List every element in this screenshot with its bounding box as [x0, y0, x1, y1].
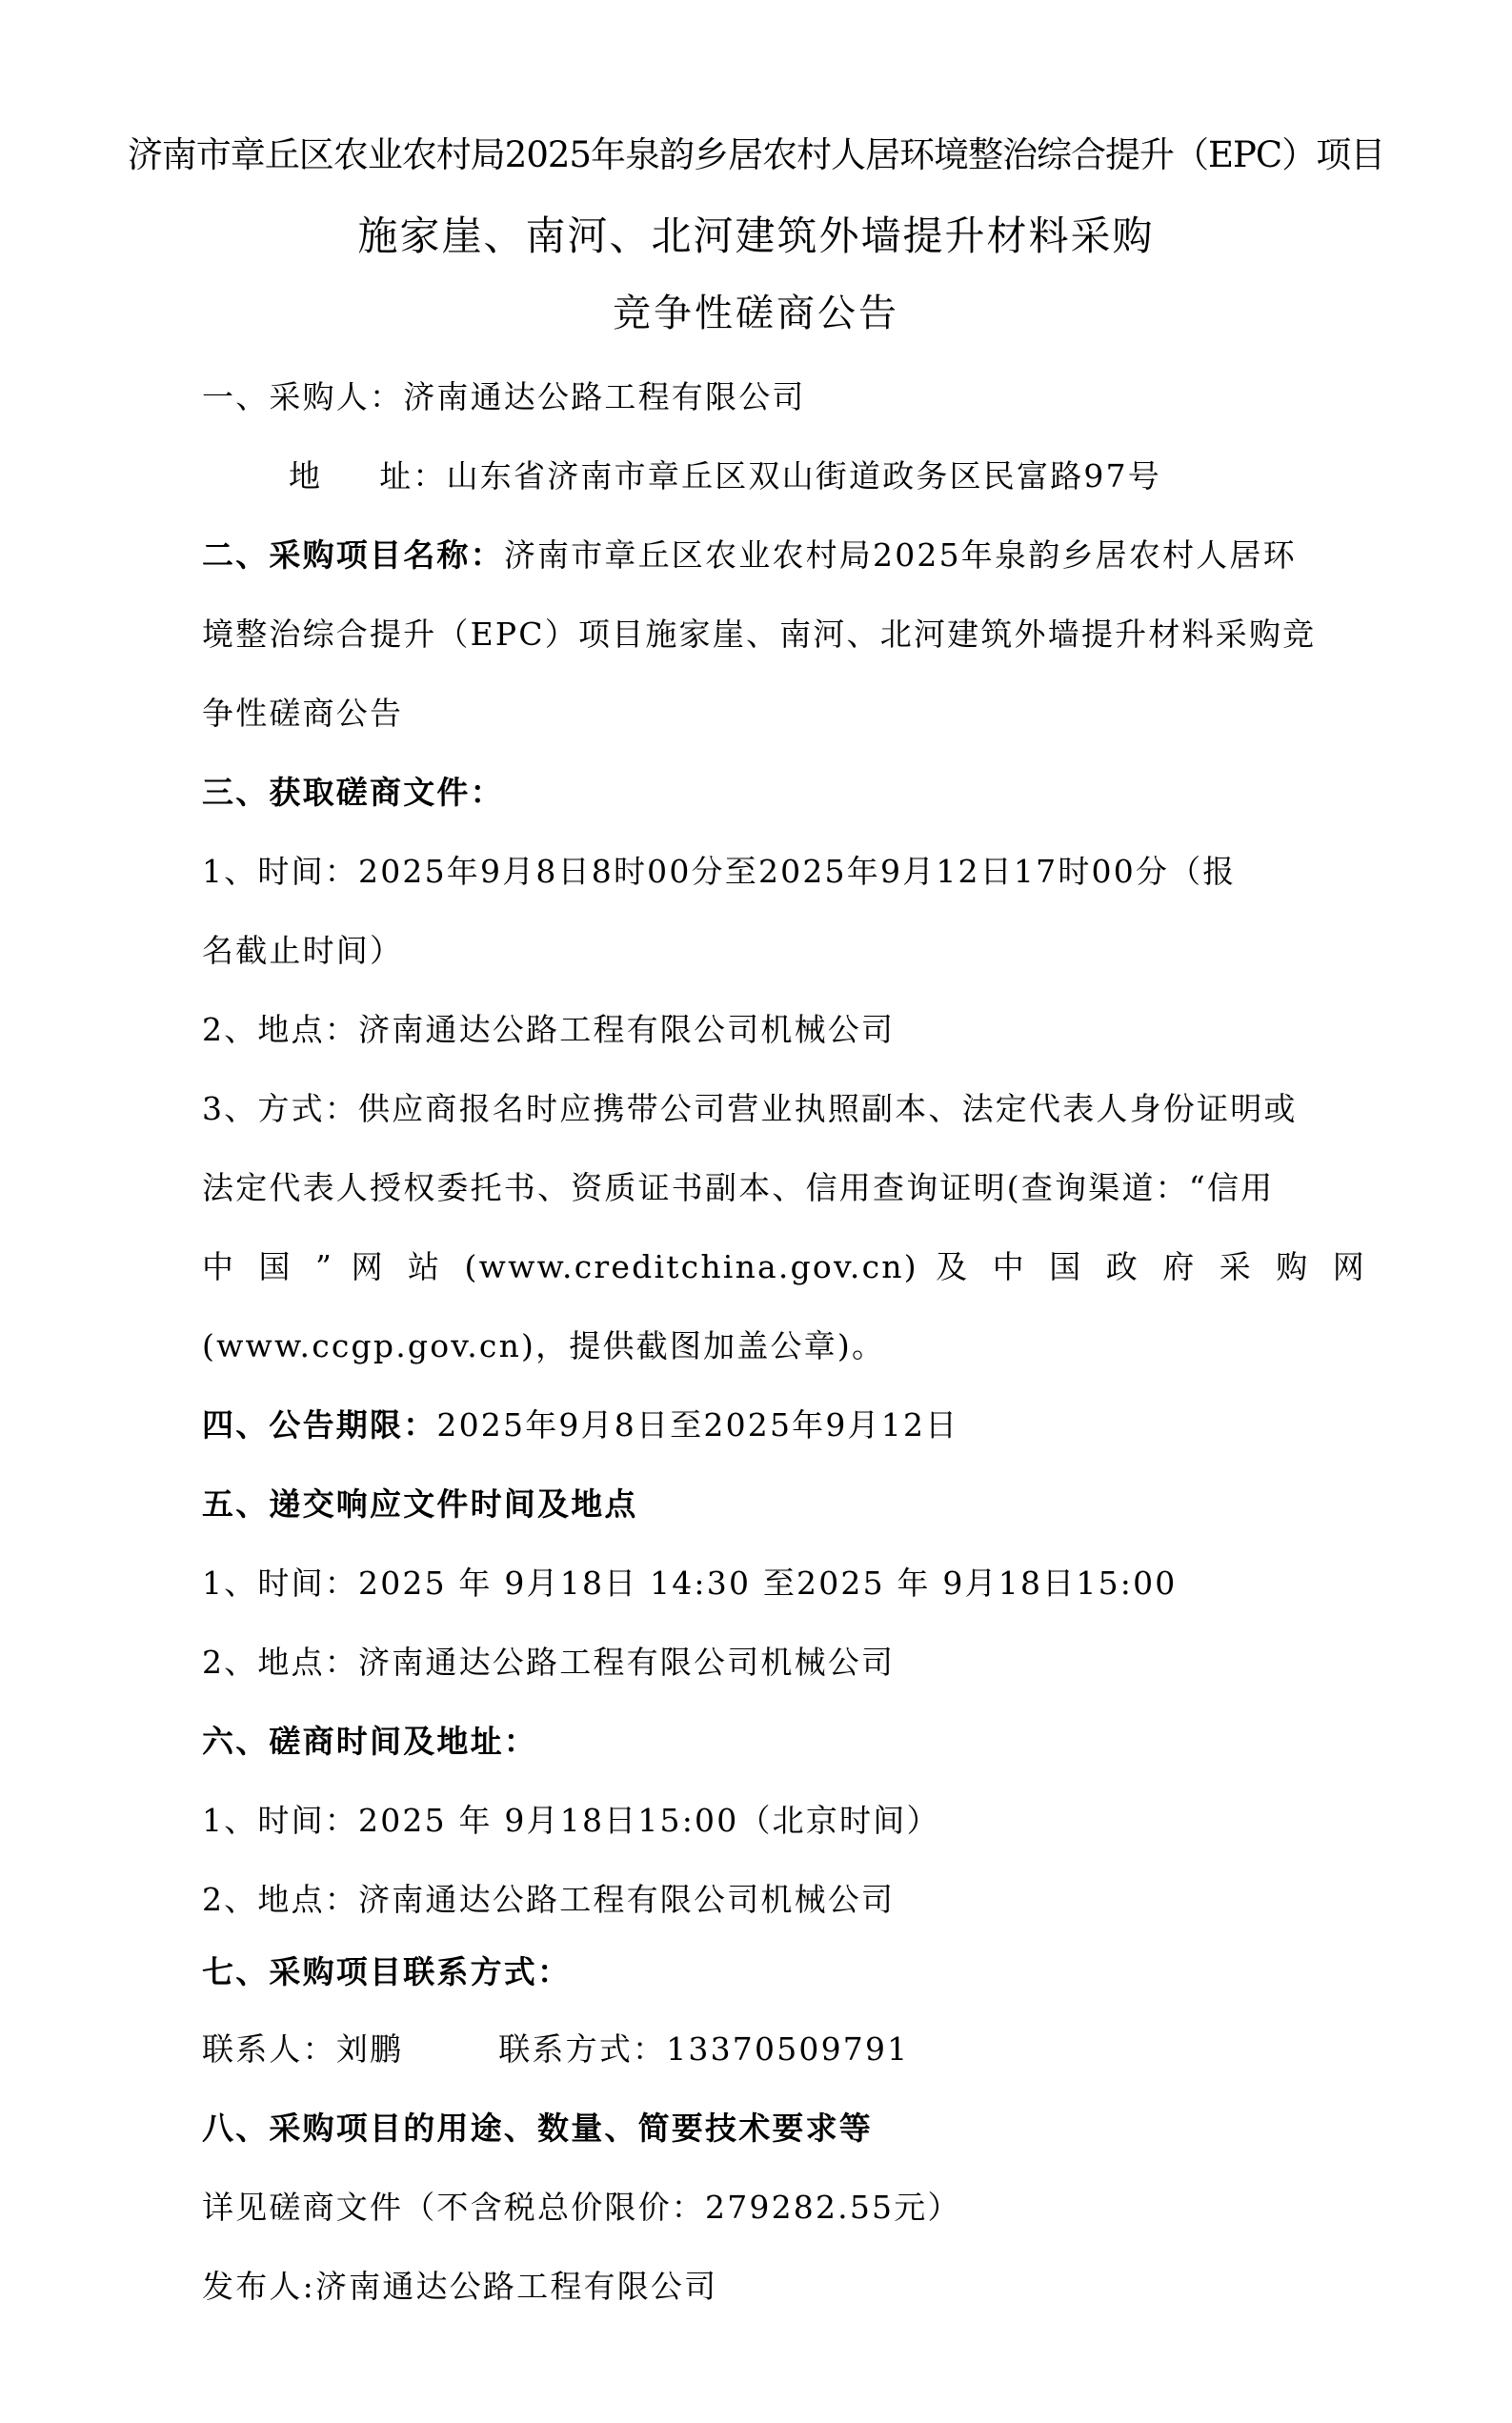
publisher: 发布人:济南通达公路工程有限公司 [202, 2266, 1366, 2308]
obtain-time-line-1: 1、时间：2025年9月8日8时00分至2025年9月12日17时00分（报 [202, 851, 1366, 893]
project-name-line-3: 争性磋商公告 [202, 693, 1366, 735]
section-5-heading: 五、递交响应文件时间及地点 [202, 1484, 1366, 1525]
section-2-heading: 二、采购项目名称： [202, 536, 504, 574]
address-value: 山东省济南市章丘区双山街道政务区民富路97号 [447, 457, 1161, 495]
section-1-heading: 一、采购人： [202, 378, 403, 415]
section-6-heading: 六、磋商时间及地址： [202, 1721, 1366, 1763]
publisher-label: 发布人: [202, 2268, 315, 2305]
project-name-line-1: 济南市章丘区农业农村局2025年泉韵乡居农村人居环 [504, 536, 1297, 574]
negotiation-time: 1、时间：2025 年 9月18日15:00（北京时间） [202, 1800, 1366, 1842]
submission-location: 2、地点：济南通达公路工程有限公司机械公司 [202, 1642, 1366, 1684]
title-line-1: 济南市章丘区农业农村局2025年泉韵乡居农村人居环境整治综合提升（EPC）项目 [0, 126, 1512, 177]
address-label-2: 址： [379, 457, 446, 495]
purchaser-address: 地址：山东省济南市章丘区双山街道政务区民富路97号 [289, 455, 1453, 497]
negotiation-location: 2、地点：济南通达公路工程有限公司机械公司 [202, 1879, 1366, 1921]
publisher-name: 济南通达公路工程有限公司 [315, 2268, 717, 2305]
contact-name: 刘鹏 [336, 2030, 403, 2068]
obtain-location: 2、地点：济南通达公路工程有限公司机械公司 [202, 1009, 1366, 1051]
section-3-heading: 三、获取磋商文件： [202, 772, 1366, 814]
obtain-method-line-3: 中 国 ” 网 站 (www.creditchina.gov.cn) 及 中 国… [202, 1246, 1366, 1288]
obtain-method-line-4: (www.ccgp.gov.cn)，提供截图加盖公章)。 [202, 1325, 1366, 1367]
section-4-heading: 四、公告期限： [202, 1406, 436, 1444]
section-7-heading: 七、采购项目联系方式： [202, 1951, 1366, 1993]
section-2-project-name: 二、采购项目名称：济南市章丘区农业农村局2025年泉韵乡居农村人居环 [202, 535, 1366, 576]
title-line-3: 竞争性磋商公告 [0, 283, 1512, 337]
section-1-purchaser: 一、采购人：济南通达公路工程有限公司 [202, 376, 1366, 418]
section-8-heading: 八、采购项目的用途、数量、简要技术要求等 [202, 2108, 1366, 2150]
contact-label: 联系人： [202, 2030, 336, 2068]
contact-phone: 13370509791 [666, 2030, 909, 2068]
contact-info: 联系人：刘鹏联系方式：13370509791 [202, 2029, 1366, 2070]
announcement-page: 济南市章丘区农业农村局2025年泉韵乡居农村人居环境整治综合提升（EPC）项目 … [0, 0, 1512, 2423]
obtain-method-line-2: 法定代表人授权委托书、资质证书副本、信用查询证明(查询渠道：“信用 [202, 1167, 1366, 1209]
procurement-detail: 详见磋商文件（不含税总价限价：279282.55元） [202, 2187, 1366, 2229]
purchaser-name: 济南通达公路工程有限公司 [403, 378, 805, 415]
notice-period-value: 2025年9月8日至2025年9月12日 [436, 1406, 958, 1444]
section-4-notice-period: 四、公告期限：2025年9月8日至2025年9月12日 [202, 1404, 1366, 1446]
title-line-2: 施家崖、南河、北河建筑外墙提升材料采购 [0, 205, 1512, 262]
obtain-time-line-2: 名截止时间） [202, 930, 1366, 972]
obtain-method-line-1: 3、方式：供应商报名时应携带公司营业执照副本、法定代表人身份证明或 [202, 1088, 1366, 1130]
phone-label: 联系方式： [498, 2030, 666, 2068]
project-name-line-2: 境整治综合提升（EPC）项目施家崖、南河、北河建筑外墙提升材料采购竞 [202, 614, 1366, 656]
address-label-1: 地 [289, 457, 322, 495]
submission-time: 1、时间：2025 年 9月18日 14:30 至2025 年 9月18日15:… [202, 1563, 1366, 1605]
